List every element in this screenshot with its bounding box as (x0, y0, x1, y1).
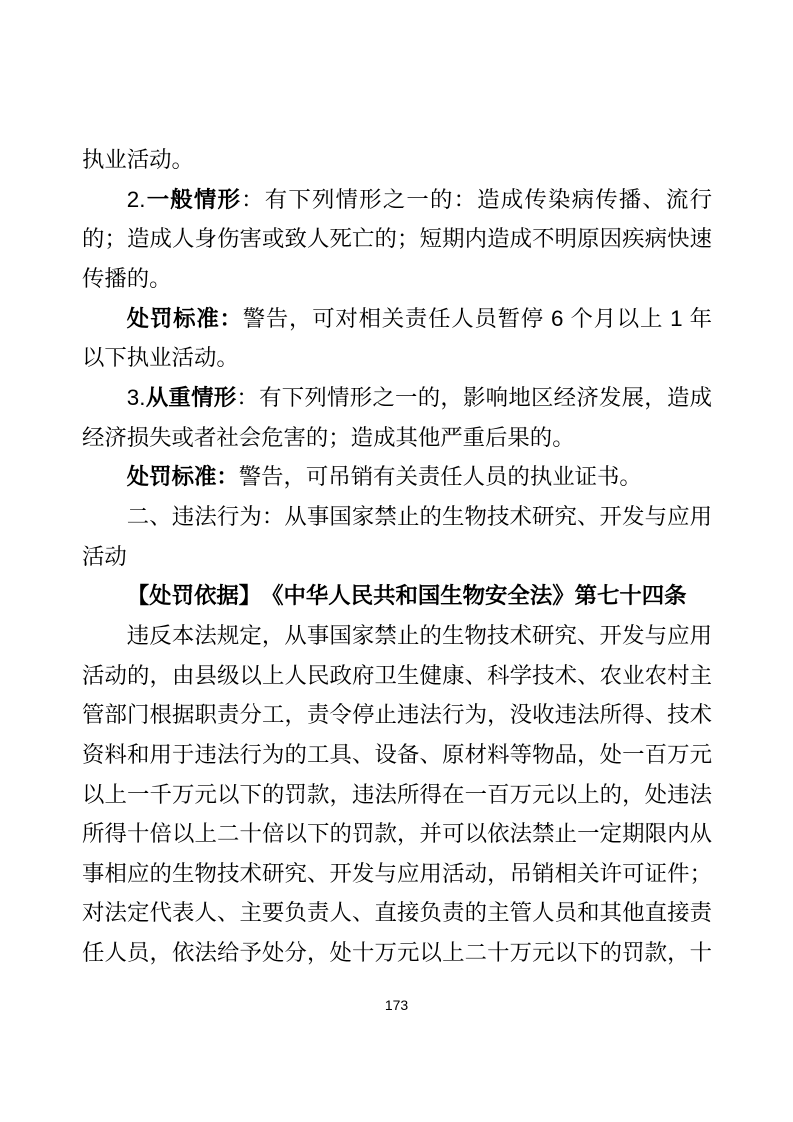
paragraph-text: 警告，可吊销有关责任人员的执业证书。 (239, 464, 642, 489)
paragraph-illegal-act-heading: 二、违法行为：从事国家禁止的生物技术研究、开发与应用活动 (82, 497, 712, 576)
paragraph-aggravated-circumstance: 3.从重情形：有下列情形之一的，影响地区经济发展，造成经济损失或者社会危害的；造… (82, 378, 712, 457)
document-body: 执业活动。 2.一般情形：有下列情形之一的：造成传染病传播、流行的；造成人身伤害… (82, 140, 712, 973)
paragraph-text: 二、违法行为：从事国家禁止的生物技术研究、开发与应用活动 (82, 504, 712, 569)
document-page: 执业活动。 2.一般情形：有下列情形之一的：造成传染病传播、流行的；造成人身伤害… (0, 0, 793, 1122)
paragraph-penalty-standard-1: 处罚标准：警告，可对相关责任人员暂停 6 个月以上 1 年以下执业活动。 (82, 299, 712, 378)
paragraph-general-circumstance: 2.一般情形：有下列情形之一的：造成传染病传播、流行的；造成人身伤害或致人死亡的… (82, 180, 712, 299)
label-penalty-basis: 【处罚依据】 《中华人民共和国生物安全法》第七十四条 (127, 583, 687, 608)
list-number: 2. (127, 187, 146, 212)
paragraph-penalty-standard-2: 处罚标准：警告，可吊销有关责任人员的执业证书。 (82, 457, 712, 497)
paragraph-text: 执业活动。 (82, 147, 194, 172)
label-aggravated-circumstance: 从重情形 (145, 385, 236, 410)
label-penalty-standard: 处罚标准： (127, 464, 239, 489)
label-penalty-standard: 处罚标准： (127, 306, 243, 331)
paragraph-continuation: 执业活动。 (82, 140, 712, 180)
paragraph-law-article-body: 违反本法规定，从事国家禁止的生物技术研究、开发与应用活动的，由县级以上人民政府卫… (82, 616, 712, 973)
list-number: 3. (127, 385, 146, 410)
page-number: 173 (0, 996, 793, 1014)
label-general-circumstance: 一般情形 (145, 187, 241, 212)
paragraph-penalty-basis-heading: 【处罚依据】 《中华人民共和国生物安全法》第七十四条 (82, 576, 712, 616)
paragraph-text: 违反本法规定，从事国家禁止的生物技术研究、开发与应用活动的，由县级以上人民政府卫… (82, 623, 712, 965)
